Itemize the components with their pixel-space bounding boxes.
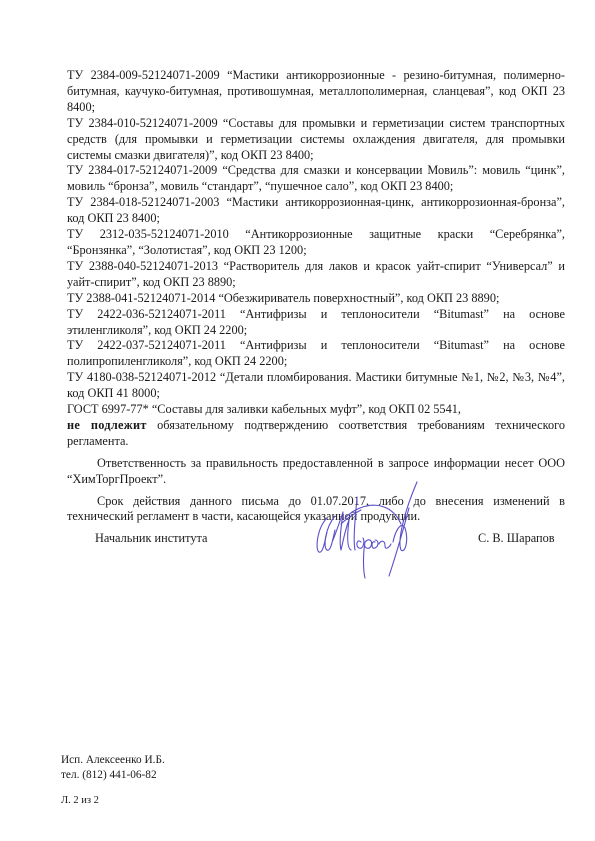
product-item: ТУ 2384-009-52124071-2009 “Мастики антик…: [67, 68, 565, 116]
product-item: ТУ 2384-017-52124071-2009 “Средства для …: [67, 163, 565, 195]
document-body: ТУ 2384-009-52124071-2009 “Мастики антик…: [67, 68, 565, 525]
product-item: ТУ 2384-018-52124071-2003 “Мастики антик…: [67, 195, 565, 227]
conclusion-paragraph: не подлежит обязательному подтверждению …: [67, 418, 565, 450]
executor-info: Исп. Алексеенко И.Б. тел. (812) 441-06-8…: [61, 753, 165, 783]
conclusion-bold: не подлежит: [67, 418, 147, 432]
signatory-title: Начальник института: [95, 531, 207, 546]
product-item: ТУ 2312-035-52124071-2010 “Антикоррозион…: [67, 227, 565, 259]
page-number: Л. 2 из 2: [61, 795, 99, 806]
executor-phone: тел. (812) 441-06-82: [61, 768, 165, 783]
handwritten-signature-icon: [305, 480, 440, 580]
product-item: ТУ 2422-037-52124071-2011 “Антифризы и т…: [67, 338, 565, 370]
executor-name: Исп. Алексеенко И.Б.: [61, 753, 165, 768]
signatory-name: С. В. Шарапов: [478, 531, 555, 546]
product-item: ТУ 2384-010-52124071-2009 “Составы для п…: [67, 116, 565, 164]
product-item: ТУ 2388-041-52124071-2014 “Обезжиривател…: [67, 291, 565, 307]
product-item: ТУ 2388-040-52124071-2013 “Растворитель …: [67, 259, 565, 291]
product-item: ТУ 4180-038-52124071-2012 “Детали пломби…: [67, 370, 565, 402]
product-item: ГОСТ 6997-77* “Составы для заливки кабел…: [67, 402, 565, 418]
product-item: ТУ 2422-036-52124071-2011 “Антифризы и т…: [67, 307, 565, 339]
signature-block: Начальник института С. В. Шарапов: [0, 480, 595, 580]
document-page: ТУ 2384-009-52124071-2009 “Мастики антик…: [0, 0, 595, 841]
